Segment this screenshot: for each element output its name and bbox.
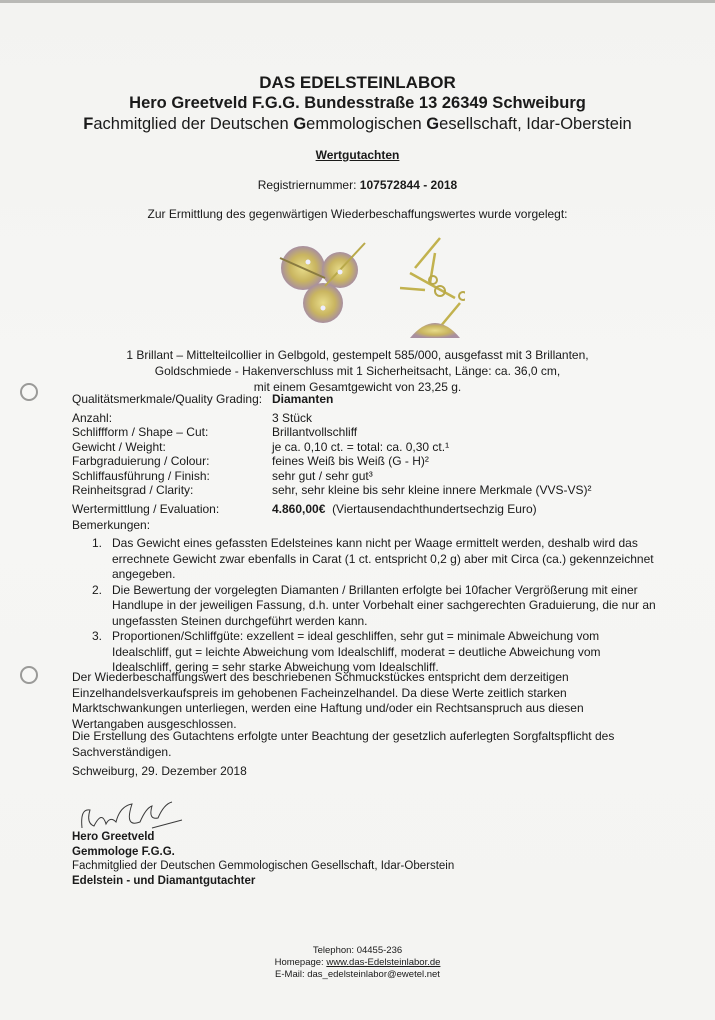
signer-name: Hero Greetveld xyxy=(72,830,454,845)
grading-value: feines Weiß bis Weiß (G - H)² xyxy=(272,454,429,469)
membership-text: emmologischen xyxy=(306,115,426,133)
lab-membership: Fachmitglied der Deutschen Gemmologische… xyxy=(0,115,715,134)
place-date: Schweiburg, 29. Dezember 2018 xyxy=(72,764,652,780)
scan-edge xyxy=(0,0,715,3)
remark-item: 2.Die Bewertung der vorgelegten Diamante… xyxy=(92,583,662,630)
footer-contact: Telephon: 04455-236 Homepage: www.das-Ed… xyxy=(0,945,715,981)
grading-row: Farbgraduierung / Colour:feines Weiß bis… xyxy=(72,454,591,469)
document-title: Wertgutachten xyxy=(0,148,715,162)
punch-hole-icon xyxy=(20,666,38,684)
membership-text: achmitglied der Deutschen xyxy=(93,115,293,133)
grading-value: 3 Stück xyxy=(272,411,312,426)
signer-membership: Fachmitglied der Deutschen Gemmologische… xyxy=(72,859,454,874)
description-line: 1 Brillant – Mittelteilcollier in Gelbgo… xyxy=(0,347,715,363)
grading-label: Farbgraduierung / Colour: xyxy=(72,454,272,469)
grading-label: Gewicht / Weight: xyxy=(72,440,272,455)
evaluation-words: (Viertausendachthundertsechzig Euro) xyxy=(332,502,537,516)
evaluation-amount: 4.860,00€ xyxy=(272,502,325,516)
remark-text: Proportionen/Schliffgüte: exzellent = id… xyxy=(112,629,662,676)
jewelry-photo xyxy=(265,228,465,340)
homepage-label: Homepage: xyxy=(275,957,327,968)
grading-value: Brillantvollschliff xyxy=(272,425,357,440)
membership-cap: G xyxy=(426,115,439,133)
footer-email: E-Mail: das_edelsteinlabor@ewetel.net xyxy=(0,969,715,981)
evaluation-row: Wertermittlung / Evaluation: 4.860,00€ (… xyxy=(72,502,591,517)
remarks-list: 1.Das Gewicht eines gefassten Edelsteine… xyxy=(92,536,662,676)
grading-value: je ca. 0,10 ct. = total: ca. 0,30 ct.¹ xyxy=(272,440,449,455)
item-description: 1 Brillant – Mittelteilcollier in Gelbgo… xyxy=(0,347,715,395)
registration-label: Registriernummer: xyxy=(258,178,357,192)
grading-label: Schliffform / Shape – Cut: xyxy=(72,425,272,440)
footer-homepage: Homepage: www.das-Edelsteinlabor.de xyxy=(0,957,715,969)
membership-cap: G xyxy=(293,115,306,133)
signer-role: Edelstein - und Diamantgutachter xyxy=(72,874,454,889)
disclaimer-text: Der Wiederbeschaffungswert des beschrieb… xyxy=(72,670,652,732)
evaluation-label: Wertermittlung / Evaluation: xyxy=(72,502,272,517)
remark-number: 2. xyxy=(92,583,112,630)
intro-text: Zur Ermittlung des gegenwärtigen Wiederb… xyxy=(0,207,715,221)
homepage-link[interactable]: www.das-Edelsteinlabor.de xyxy=(326,957,440,968)
footer-phone: Telephon: 04455-236 xyxy=(0,945,715,957)
grading-header-label: Qualitätsmerkmale/Quality Grading: xyxy=(72,392,272,407)
grading-label: Schliffausführung / Finish: xyxy=(72,469,272,484)
remark-text: Die Bewertung der vorgelegten Diamanten … xyxy=(112,583,662,630)
grading-row: Anzahl:3 Stück xyxy=(72,411,591,426)
grading-header-value: Diamanten xyxy=(272,392,333,407)
remark-number: 1. xyxy=(92,536,112,583)
grading-row: Schliffform / Shape – Cut:Brillantvollsc… xyxy=(72,425,591,440)
registration-number: 107572844 - 2018 xyxy=(360,178,457,192)
description-line: Goldschmiede - Hakenverschluss mit 1 Sic… xyxy=(0,363,715,379)
grading-label: Reinheitsgrad / Clarity: xyxy=(72,483,272,498)
remark-item: 3.Proportionen/Schliffgüte: exzellent = … xyxy=(92,629,662,676)
signature-block: Hero Greetveld Gemmologe F.G.G. Fachmitg… xyxy=(72,830,454,888)
membership-cap: F xyxy=(83,115,93,133)
quality-grading-table: Qualitätsmerkmale/Quality Grading: Diama… xyxy=(72,392,591,516)
registration-line: Registriernummer: 107572844 - 2018 xyxy=(0,178,715,192)
remark-text: Das Gewicht eines gefassten Edelsteines … xyxy=(112,536,662,583)
remarks-heading: Bemerkungen: xyxy=(72,518,150,532)
grading-header-row: Qualitätsmerkmale/Quality Grading: Diama… xyxy=(72,392,591,407)
grading-label: Anzahl: xyxy=(72,411,272,426)
signer-title: Gemmologe F.G.G. xyxy=(72,845,454,860)
grading-row: Reinheitsgrad / Clarity:sehr, sehr klein… xyxy=(72,483,591,498)
lab-address: Hero Greetveld F.G.G. Bundesstraße 13 26… xyxy=(0,94,715,113)
membership-text: esellschaft, Idar-Oberstein xyxy=(439,115,632,133)
remark-number: 3. xyxy=(92,629,112,676)
diligence-text: Die Erstellung des Gutachtens erfolgte u… xyxy=(72,729,652,760)
lab-name: DAS EDELSTEINLABOR xyxy=(0,73,715,93)
grading-value: sehr gut / sehr gut³ xyxy=(272,469,373,484)
grading-row: Schliffausführung / Finish:sehr gut / se… xyxy=(72,469,591,484)
grading-value: sehr, sehr kleine bis sehr kleine innere… xyxy=(272,483,591,498)
certificate-page: DAS EDELSTEINLABOR Hero Greetveld F.G.G.… xyxy=(0,0,715,1020)
remark-item: 1.Das Gewicht eines gefassten Edelsteine… xyxy=(92,536,662,583)
grading-row: Gewicht / Weight:je ca. 0,10 ct. = total… xyxy=(72,440,591,455)
